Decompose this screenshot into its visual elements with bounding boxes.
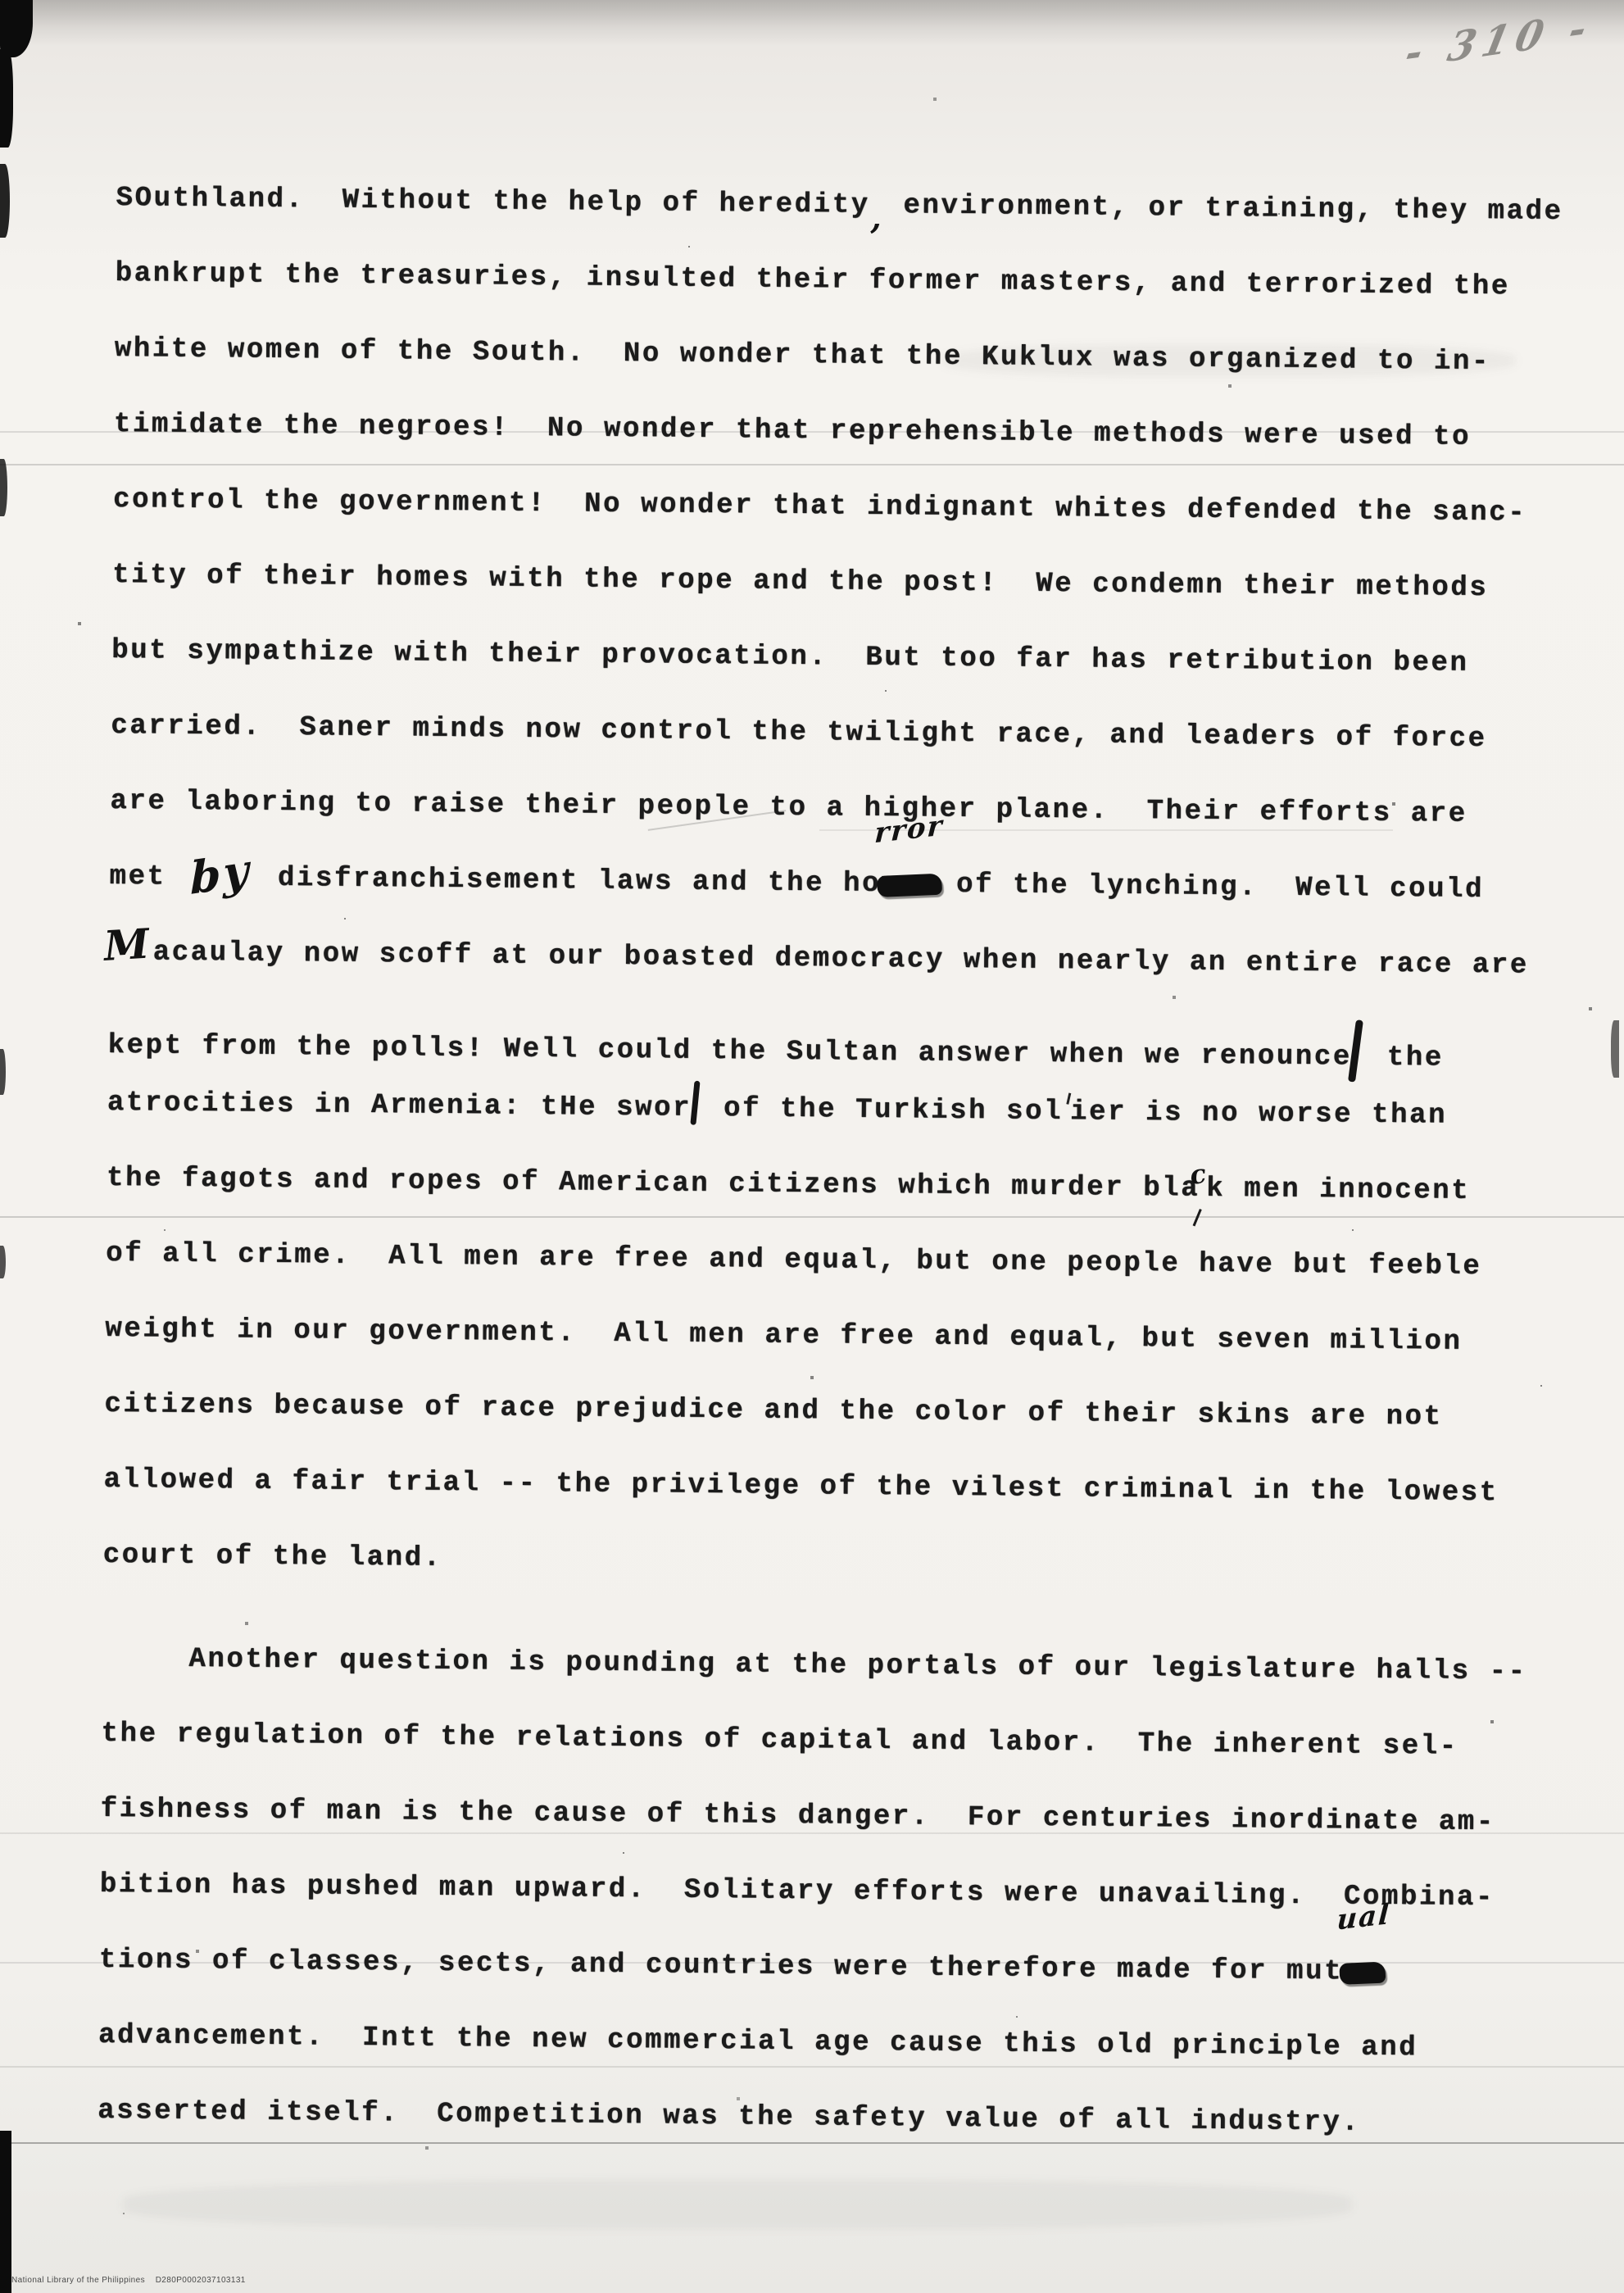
typewritten-line: citizens because of race prejudice and t… bbox=[104, 1367, 1549, 1456]
paragraph: SOuthland. Without the help of heredity,… bbox=[102, 161, 1560, 1607]
typewritten-line: met by disfranchisement laws and the hom… bbox=[109, 839, 1554, 929]
scan-edge-mark bbox=[0, 164, 10, 238]
scan-edge-mark bbox=[0, 1246, 6, 1278]
typed-text: bition has pushed man upward. Solitary e… bbox=[100, 1869, 1495, 1914]
typed-text: allowed a fair trial -- the privilege of… bbox=[103, 1464, 1499, 1509]
scanned-typewritten-page: - 310 - SOuthland. Without the help of h… bbox=[0, 0, 1624, 2293]
typewritten-line: allowed a fair trial -- the privilege of… bbox=[103, 1442, 1548, 1532]
handwritten-correction: M bbox=[103, 927, 152, 962]
typewritten-line: control the government! No wonder that i… bbox=[113, 462, 1558, 552]
typewritten-line: bition has pushed man upward. Solitary e… bbox=[99, 1847, 1544, 1937]
typed-text: acaulay now scoff at our boasted democra… bbox=[152, 937, 1529, 981]
scan-edge-mark bbox=[1611, 1020, 1619, 1078]
scan-smudge bbox=[123, 2180, 1352, 2229]
typewritten-line: of all crime. All men are free and equal… bbox=[106, 1216, 1550, 1305]
typewritten-line: timidate the negroes! No wonder that rep… bbox=[113, 387, 1558, 476]
typewritten-text: SOuthland. Without the help of heredity,… bbox=[98, 161, 1560, 2163]
typewritten-line: asserted itself. Competition was the saf… bbox=[98, 2073, 1542, 2163]
handwritten-correction: ual bbox=[1336, 1900, 1391, 1935]
typewritten-line: SOuthland. Without the help of heredity,… bbox=[116, 161, 1560, 250]
scan-edge-mark bbox=[0, 1049, 6, 1095]
typewritten-line: Another question is pounding at the port… bbox=[102, 1621, 1546, 1710]
typewritten-line: tity of their homes with the rope and th… bbox=[112, 538, 1557, 627]
scan-edge-mark bbox=[0, 459, 7, 516]
typed-text: SOuthland. Without the help of heredity bbox=[116, 183, 869, 221]
typewritten-line: advancement. Intt the new commercial age… bbox=[98, 1998, 1543, 2087]
typed-text: are laboring to raise their people to a … bbox=[110, 786, 1467, 830]
typed-text: Another question is pounding at the port… bbox=[188, 1644, 1527, 1688]
paragraph: Another question is pounding at the port… bbox=[98, 1621, 1546, 2163]
typed-text: the fagots and ropes of American citizen… bbox=[107, 1163, 1200, 1205]
typed-text: asserted itself. Competition was the saf… bbox=[98, 2095, 1361, 2139]
ink-scribble bbox=[878, 874, 943, 897]
typed-text: atrocities in Armenia: tHe swor bbox=[107, 1087, 692, 1124]
typed-text: k men innocent bbox=[1206, 1174, 1470, 1207]
scan-edge-mark bbox=[0, 49, 13, 148]
caret-insertion: c bbox=[1200, 1187, 1206, 1196]
typed-text: of the lynching. Well could bbox=[937, 870, 1484, 906]
scan-edge-mark bbox=[0, 2131, 11, 2293]
typed-text: timidate the negroes! No wonder that rep… bbox=[114, 409, 1472, 453]
typewritten-line: but sympathize with their provocation. B… bbox=[111, 613, 1556, 702]
scan-shading-band bbox=[0, 0, 1624, 46]
typewritten-line: atrocities in Armenia: tHe swor of the T… bbox=[107, 1065, 1552, 1155]
typed-text: the regulation of the relations of capit… bbox=[101, 1719, 1458, 1763]
typed-text: carried. Saner minds now control the twi… bbox=[111, 711, 1487, 755]
typewritten-line: weight in our government. All men are fr… bbox=[105, 1292, 1549, 1381]
typewritten-line: court of the land. bbox=[102, 1518, 1547, 1607]
typed-text: environment, or training, they made bbox=[884, 190, 1563, 228]
typed-text: bankrupt the treasuries, insulted their … bbox=[115, 258, 1510, 302]
typed-text: but sympathize with their provocation. B… bbox=[111, 635, 1469, 679]
typed-text: tity of their homes with the rope and th… bbox=[112, 560, 1489, 604]
typed-text: disfranchisement laws and the ho bbox=[259, 863, 881, 900]
scribbled-out-text: uaual bbox=[1343, 1934, 1381, 2009]
typed-text: ier is no worse than bbox=[1070, 1097, 1447, 1131]
typewritten-line: the fagots and ropes of American citizen… bbox=[107, 1141, 1551, 1230]
typewritten-line: tions of classes, sects, and countries w… bbox=[98, 1923, 1543, 2012]
handwritten-correction: by bbox=[190, 853, 251, 895]
typed-text: tions of classes, sects, and countries w… bbox=[99, 1945, 1344, 1988]
handwritten-correction: rror bbox=[874, 811, 945, 847]
typewritten-line: are laboring to raise their people to a … bbox=[110, 764, 1554, 853]
typed-text: of the Turkish sol bbox=[705, 1093, 1063, 1128]
paper-speckles bbox=[0, 0, 2, 2]
typed-text: met bbox=[109, 861, 184, 893]
typed-text: weight in our government. All men are fr… bbox=[105, 1314, 1463, 1358]
pen-stroke-mark bbox=[690, 1081, 700, 1125]
typewritten-line: carried. Saner minds now control the twi… bbox=[111, 688, 1555, 778]
typed-text: citizens because of race prejudice and t… bbox=[104, 1389, 1443, 1433]
typed-text: fishness of man is the cause of this dan… bbox=[101, 1794, 1496, 1838]
typed-text: of all crime. All men are free and equal… bbox=[106, 1238, 1482, 1283]
typed-text: the bbox=[1368, 1042, 1444, 1074]
typed-text: control the government! No wonder that i… bbox=[113, 484, 1527, 529]
typed-text: court of the land. bbox=[102, 1540, 442, 1574]
library-watermark: National Library of the Philippines D280… bbox=[11, 2276, 246, 2285]
typewritten-line: Macaulay now scoff at our boasted democr… bbox=[108, 915, 1553, 1004]
scribbled-out-text: mesrror bbox=[881, 847, 938, 923]
typewritten-line: kept from the polls! Well could the Sult… bbox=[107, 990, 1552, 1079]
typewritten-line: white women of the South. No wonder that… bbox=[114, 311, 1558, 401]
typed-text: advancement. Intt the new commercial age… bbox=[98, 2020, 1418, 2064]
typewritten-line: fishness of man is the cause of this dan… bbox=[100, 1772, 1545, 1861]
ink-scribble bbox=[1340, 1962, 1386, 1985]
typewritten-line: the regulation of the relations of capit… bbox=[101, 1696, 1545, 1786]
typewritten-line: bankrupt the treasuries, insulted their … bbox=[115, 236, 1559, 325]
typed-text: white women of the South. No wonder that… bbox=[115, 334, 1491, 378]
handwritten-correction: , bbox=[870, 210, 883, 226]
